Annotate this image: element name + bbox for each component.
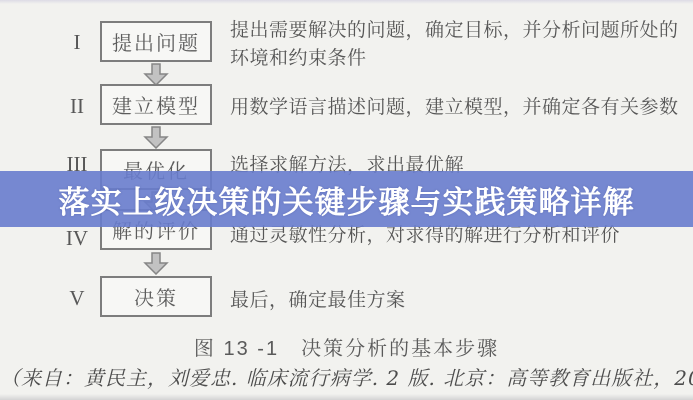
figure-caption: 图 13 -1 决策分析的基本步骤 — [0, 332, 693, 361]
overlay-title-banner: 落实上级决策的关键步骤与实践策略详解 — [0, 171, 693, 227]
flow-box-label: 建立模型 — [112, 90, 200, 119]
flow-box-propose-problem: 提出问题 — [100, 21, 212, 62]
scanned-figure-page: I 提出问题 提出需要解决的问题，确定目标，并分析问题所处的环境和约束条件 II… — [0, 0, 693, 400]
flow-box-label: 决策 — [134, 282, 178, 311]
step-numeral-4: IV — [60, 226, 94, 251]
flow-box-decision: 决策 — [100, 276, 212, 317]
source-citation: （来自：黄民主，刘爱忠. 临床流行病学. 2 版. 北京：高等教育出版社，201… — [0, 362, 693, 391]
flow-box-build-model: 建立模型 — [100, 84, 212, 125]
step-description-5: 最后，确定最佳方案 — [230, 287, 682, 315]
down-arrow-icon — [143, 126, 169, 149]
down-arrow-icon — [143, 63, 169, 86]
flow-box-label: 提出问题 — [112, 27, 200, 56]
overlay-title-text: 落实上级决策的关键步骤与实践策略详解 — [59, 177, 635, 222]
step-numeral-1: I — [60, 30, 94, 55]
step-numeral-5: V — [60, 286, 94, 311]
down-arrow-icon — [143, 252, 169, 275]
step-numeral-2: II — [60, 94, 94, 119]
step-description-1: 提出需要解决的问题，确定目标，并分析问题所处的环境和约束条件 — [230, 17, 682, 73]
step-description-2: 用数学语言描述问题，建立模型，并确定各有关参数 — [230, 94, 682, 122]
